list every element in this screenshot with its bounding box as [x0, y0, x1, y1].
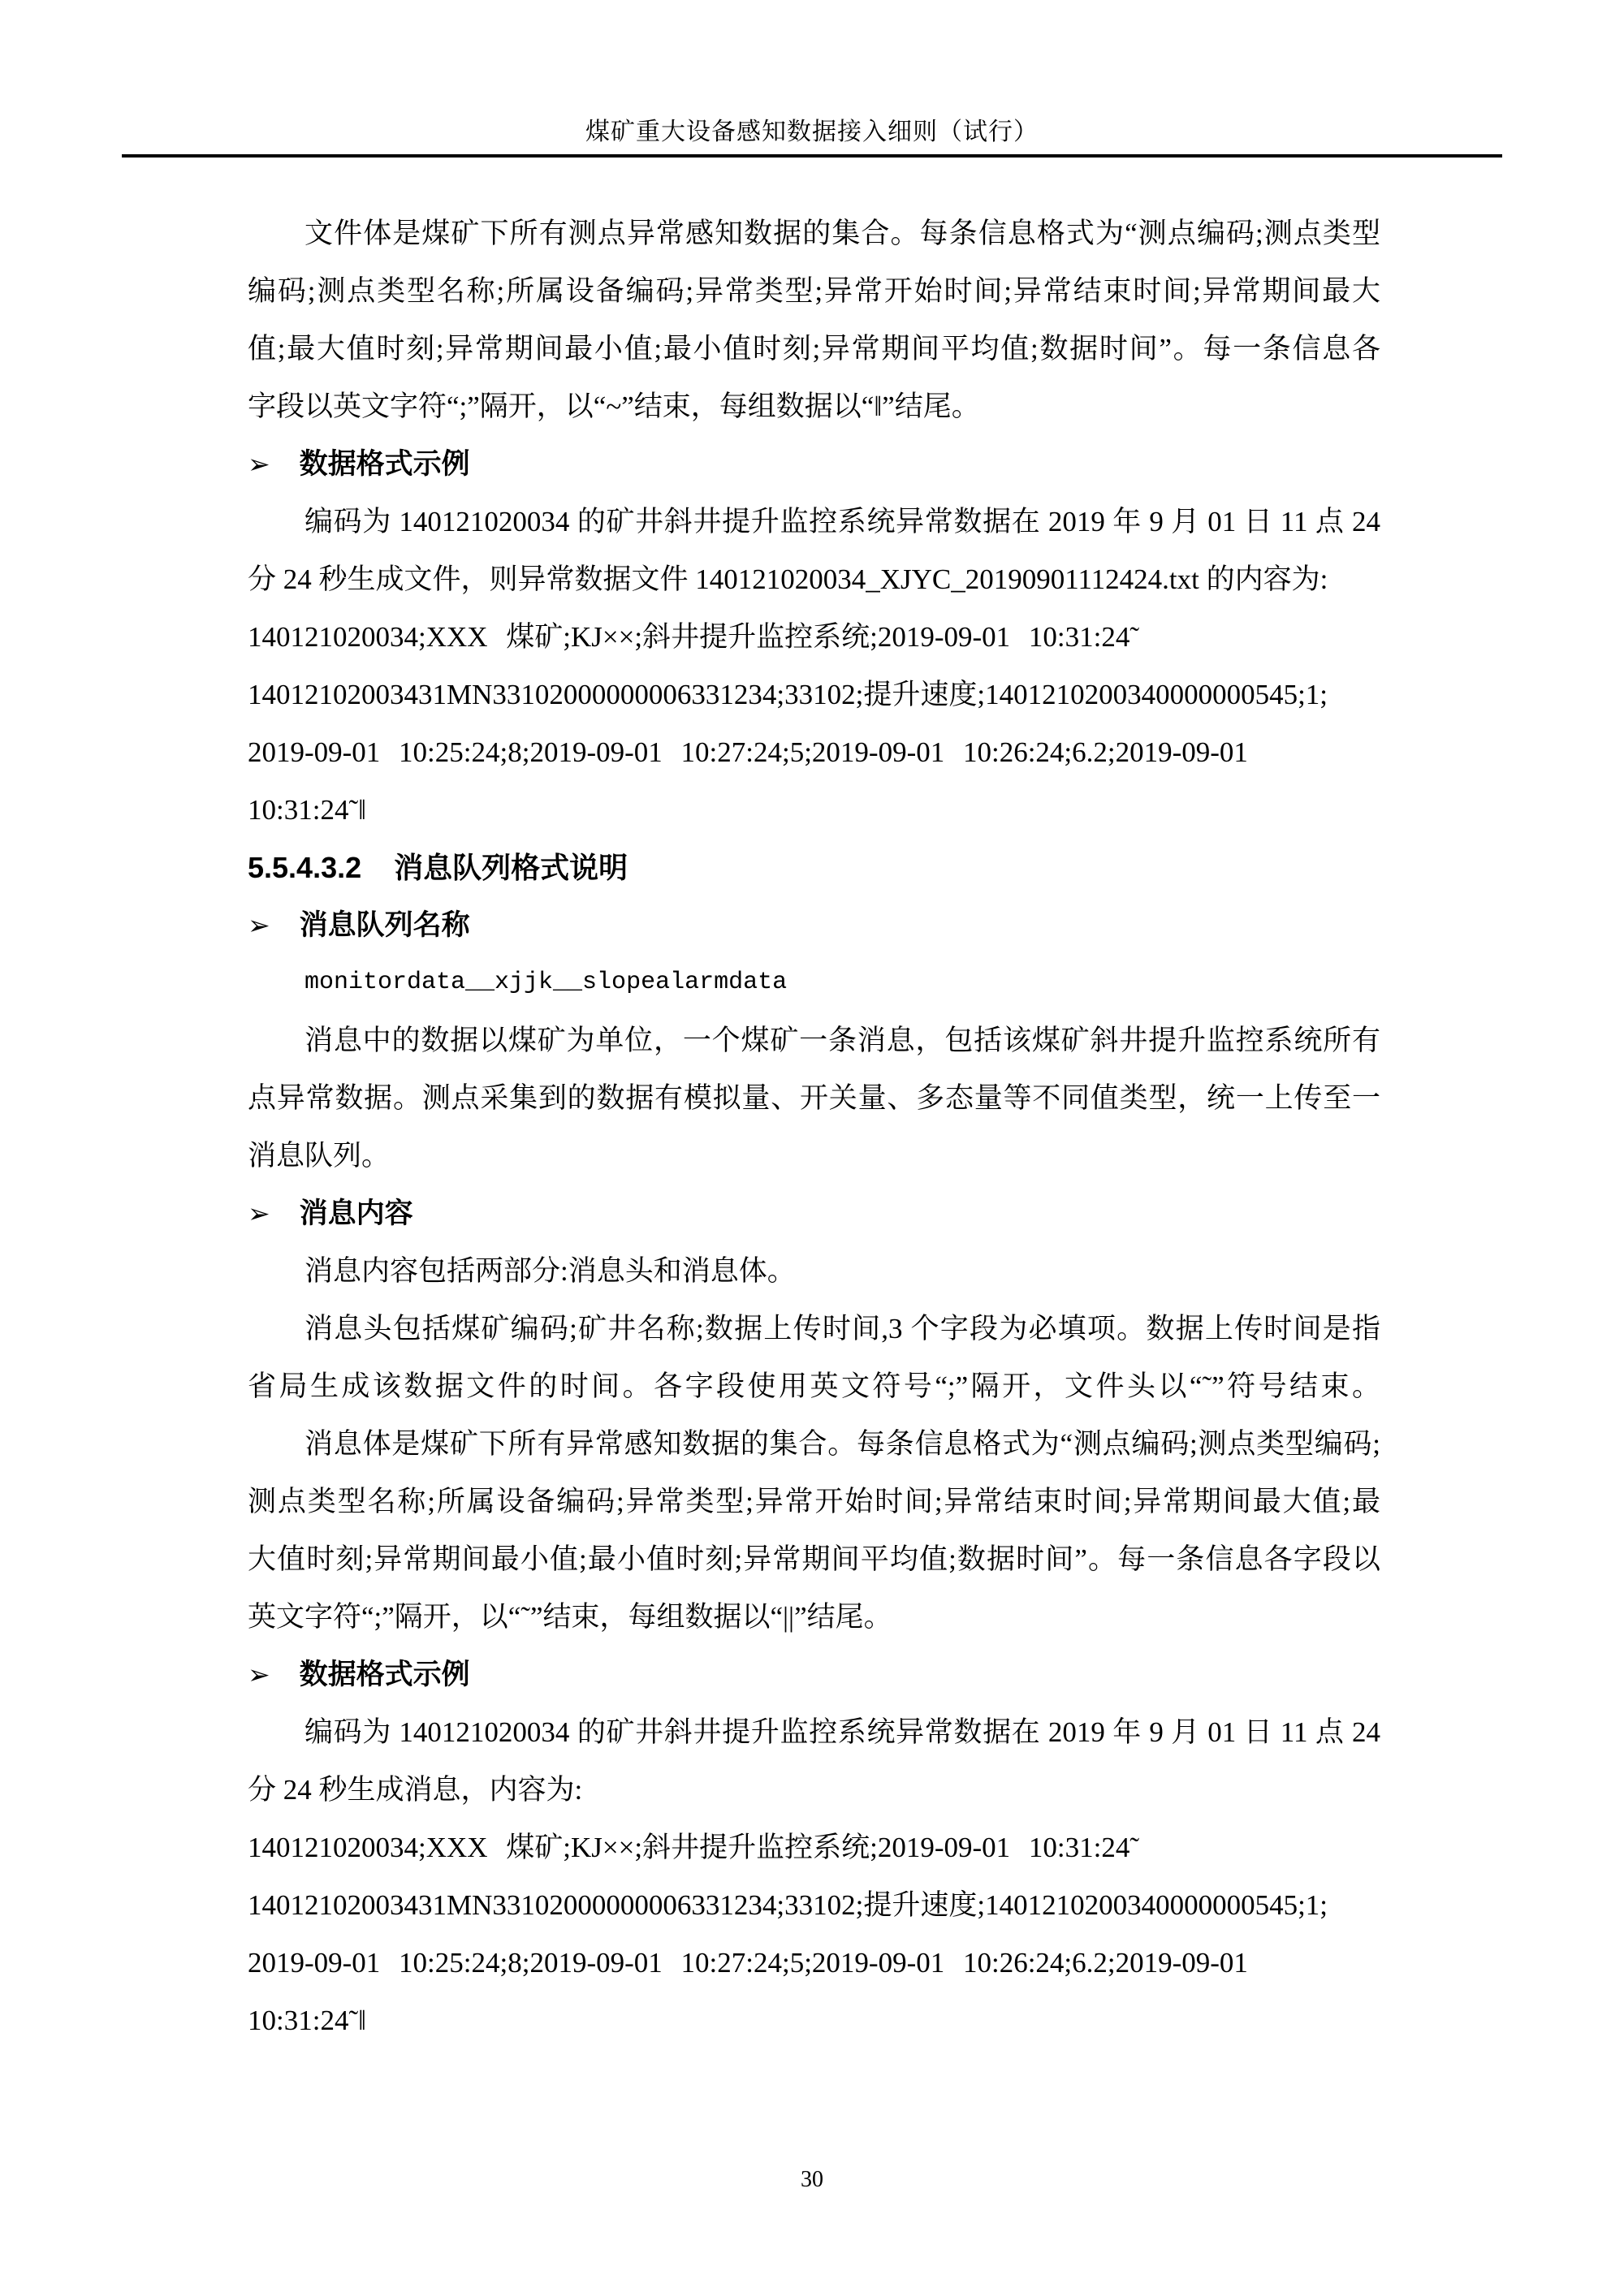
- arrow-bullet-icon: ➢: [248, 1659, 270, 1690]
- bullet-item-data-format-example-2: ➢数据格式示例: [248, 1646, 1380, 1703]
- example2-code-4: 10:31:24˜‖: [248, 1992, 1380, 2049]
- arrow-bullet-icon: ➢: [248, 909, 270, 941]
- example2-code-3: 2019-09-01 10:25:24;8;2019-09-01 10:27:2…: [248, 1934, 1380, 1992]
- example1-code-2: 14012102003431MN33102000000006331234;331…: [248, 666, 1380, 723]
- document-page: 煤矿重大设备感知数据接入细则（试行） 文件体是煤矿下所有测点异常感知数据的集合。…: [0, 0, 1624, 2296]
- message-content-p3l1: 消息体是煤矿下所有异常感知数据的集合。每条信息格式为“测点编码;测点类型编码;: [248, 1415, 1380, 1473]
- intro-line-4: 字段以英文字符“;”隔开，以“~”结束，每组数据以“‖”结尾。: [248, 378, 1380, 435]
- page-header-title: 煤矿重大设备感知数据接入细则（试行）: [0, 119, 1624, 146]
- example2-code-1: 140121020034;XXX 煤矿;KJ××;斜井提升监控系统;2019-0…: [248, 1819, 1380, 1876]
- bullet-item-queue-name: ➢消息队列名称: [248, 896, 1380, 954]
- page-number: 30: [801, 2167, 823, 2192]
- heading-number: 5.5.4.3.2: [248, 851, 361, 884]
- example1-code-3: 2019-09-01 10:25:24;8;2019-09-01 10:27:2…: [248, 723, 1380, 781]
- heading-title: 消息队列格式说明: [394, 851, 628, 884]
- queue-desc-line-2: 点异常数据。测点采集到的数据有模拟量、开关量、多态量等不同值类型，统一上传至一个: [248, 1069, 1380, 1127]
- bullet-label: 消息队列名称: [300, 909, 470, 941]
- queue-desc-line-1: 消息中的数据以煤矿为单位，一个煤矿一条消息，包括该煤矿斜井提升监控系统所有测: [248, 1012, 1380, 1069]
- document-body: 文件体是煤矿下所有测点异常感知数据的集合。每条信息格式为“测点编码;测点类型 编…: [248, 205, 1380, 2049]
- intro-line-2: 编码;测点类型名称;所属设备编码;异常类型;异常开始时间;异常结束时间;异常期间…: [248, 262, 1380, 320]
- queue-name-value: monitordata__xjjk__slopealarmdata: [248, 954, 1380, 1012]
- message-content-p2l1: 消息头包括煤矿编码;矿井名称;数据上传时间,3 个字段为必填项。数据上传时间是指: [248, 1300, 1380, 1357]
- message-content-p1: 消息内容包括两部分:消息头和消息体。: [248, 1242, 1380, 1300]
- example1-line-1: 编码为 140121020034 的矿井斜井提升监控系统异常数据在 2019 年…: [248, 493, 1380, 550]
- intro-line-1: 文件体是煤矿下所有测点异常感知数据的集合。每条信息格式为“测点编码;测点类型: [248, 205, 1380, 262]
- bullet-label: 消息内容: [300, 1198, 413, 1229]
- arrow-bullet-icon: ➢: [248, 448, 270, 480]
- queue-desc-line-3: 消息队列。: [248, 1127, 1380, 1185]
- bullet-item-data-format-example-1: ➢数据格式示例: [248, 435, 1380, 493]
- example2-line-2: 分 24 秒生成消息，内容为:: [248, 1761, 1380, 1819]
- example2-line-1: 编码为 140121020034 的矿井斜井提升监控系统异常数据在 2019 年…: [248, 1703, 1380, 1761]
- bullet-item-message-content: ➢消息内容: [248, 1185, 1380, 1242]
- header-rule: [122, 154, 1502, 158]
- intro-line-3: 值;最大值时刻;异常期间最小值;最小值时刻;异常期间平均值;数据时间”。每一条信…: [248, 320, 1380, 378]
- message-content-p3l2: 测点类型名称;所属设备编码;异常类型;异常开始时间;异常结束时间;异常期间最大值…: [248, 1473, 1380, 1530]
- example1-code-4: 10:31:24˜‖: [248, 781, 1380, 839]
- bullet-label: 数据格式示例: [300, 1659, 470, 1690]
- arrow-bullet-icon: ➢: [248, 1198, 270, 1229]
- message-content-p2l2: 省局生成该数据文件的时间。各字段使用英文符号“;”隔开，文件头以“˜”符号结束。: [248, 1357, 1380, 1415]
- bullet-label: 数据格式示例: [300, 448, 470, 480]
- message-content-p3l3: 大值时刻;异常期间最小值;最小值时刻;异常期间平均值;数据时间”。每一条信息各字…: [248, 1530, 1380, 1588]
- example1-line-2: 分 24 秒生成文件，则异常数据文件 140121020034_XJYC_201…: [248, 550, 1380, 608]
- page-footer: 30: [0, 2166, 1624, 2194]
- message-content-p3l4: 英文字符“;”隔开，以“˜”结束，每组数据以“||”结尾。: [248, 1588, 1380, 1646]
- example2-code-2: 14012102003431MN33102000000006331234;331…: [248, 1876, 1380, 1934]
- section-heading: 5.5.4.3.2消息队列格式说明: [248, 839, 1380, 896]
- example1-code-1: 140121020034;XXX 煤矿;KJ××;斜井提升监控系统;2019-0…: [248, 608, 1380, 666]
